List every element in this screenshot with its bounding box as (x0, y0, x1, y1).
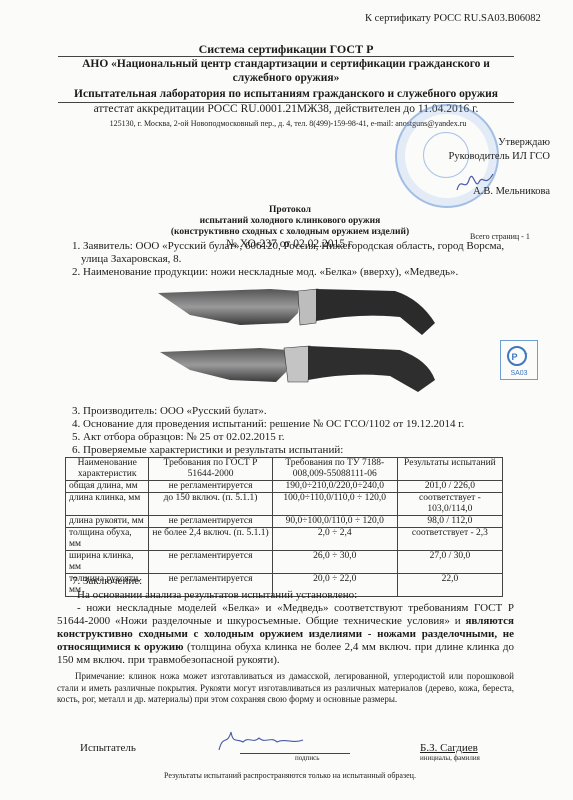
table-cell: соответствует - 103,0/114,0 (397, 493, 502, 516)
table-cell: 98,0 / 112,0 (397, 516, 502, 528)
table-cell: соответствует - 2,3 (397, 528, 502, 551)
table-header: Требования по ТУ 7188-008,009-55088111-0… (272, 458, 397, 481)
tester-role: Испытатель (80, 742, 136, 754)
laboratory-name: Испытательная лаборатория по испытаниям … (60, 88, 512, 100)
item-basis: 4. Основание для проведения испытаний: р… (72, 418, 464, 431)
item-product: 2. Наименование продукции: ножи нескладн… (72, 266, 458, 279)
certification-system-title: Система сертификации ГОСТ Р (60, 42, 512, 57)
table-cell: 201,0 / 226,0 (397, 481, 502, 493)
table-cell: 27,0 / 30,0 (397, 551, 502, 574)
item-characteristics: 6. Проверяемые характеристики и результа… (72, 444, 343, 457)
approval-line2: Руководитель ИЛ ГСО (420, 150, 550, 164)
organization-name: АНО «Национальный центр стандартизации и… (60, 57, 512, 85)
table-row: длина клинка, мм до 150 включ. (п. 5.1.1… (66, 493, 503, 516)
rst-certification-logo-icon: P T SA03 (500, 340, 538, 380)
svg-text:P: P (512, 352, 518, 362)
approval-block: Утверждаю Руководитель ИЛ ГСО (420, 136, 550, 164)
table-cell: ширина клинка, мм (66, 551, 149, 574)
conclusion-heading: 7. Заключение: (72, 575, 142, 587)
table-row: длина рукояти, мм не регламентируется 90… (66, 516, 503, 528)
tester-name-caption: инициалы, фамилия (420, 754, 480, 762)
table-cell: 90,0÷100,0/110,0 ÷ 120,0 (272, 516, 397, 528)
table-cell: длина клинка, мм (66, 493, 149, 516)
applicant-text-cont: улица Захаровская, 8. (72, 253, 514, 266)
applicant-text: 1. Заявитель: ООО «Русский булат», 60612… (72, 240, 514, 253)
knife-medved-image (150, 340, 440, 395)
note-text: Примечание: клинок ножа может изготавлив… (57, 671, 514, 706)
table-cell: 2,0 ÷ 2,4 (272, 528, 397, 551)
signature-caption: подпись (295, 754, 319, 762)
table-cell: до 150 включ. (п. 5.1.1) (149, 493, 272, 516)
table-cell: не регламентируется (149, 481, 272, 493)
table-cell: общая длина, мм (66, 481, 149, 493)
table-header: Результаты испытаний (397, 458, 502, 481)
table-header-row: Наименование характеристик Требования по… (66, 458, 503, 481)
item-applicant: 1. Заявитель: ООО «Русский булат», 60612… (72, 240, 514, 266)
approver-name: А.В. Мельникова (430, 186, 550, 197)
footer-disclaimer: Результаты испытаний распространяются то… (70, 771, 510, 780)
table-cell: длина рукояти, мм (66, 516, 149, 528)
item-manufacturer: 3. Производитель: ООО «Русский булат». (72, 405, 267, 418)
conclusion-body: На основании анализа результатов испытан… (57, 589, 514, 667)
conclusion-plain1: - ножи нескладные моделей «Белка» и «Мед… (57, 602, 514, 627)
table-cell: 26,0 ÷ 30,0 (272, 551, 397, 574)
logo-code: SA03 (510, 370, 527, 377)
protocol-title: Протокол (120, 205, 460, 216)
item-sampling: 5. Акт отбора образцов: № 25 от 02.02.20… (72, 431, 284, 444)
table-row: ширина клинка, мм не регламентируется 26… (66, 551, 503, 574)
table-row: толщина обуха, мм не более 2,4 включ. (п… (66, 528, 503, 551)
approval-line1: Утверждаю (420, 136, 550, 150)
table-cell: 100,0÷110,0/110,0 ÷ 120,0 (272, 493, 397, 516)
table-cell: не регламентируется (149, 516, 272, 528)
protocol-subtitle1: испытаний холодного клинкового оружия (120, 216, 460, 227)
tester-signature-icon (215, 728, 305, 754)
table-row: общая длина, мм не регламентируется 190,… (66, 481, 503, 493)
certificate-reference: К сертификату РОСС RU.SA03.B06082 (365, 13, 541, 24)
note-paragraph: Примечание: клинок ножа может изготавлив… (57, 671, 514, 706)
table-cell: не регламентируется (149, 551, 272, 574)
table-header: Требования по ГОСТ Р 51644-2000 (149, 458, 272, 481)
table-header: Наименование характеристик (66, 458, 149, 481)
conclusion-intro: На основании анализа результатов испытан… (57, 589, 514, 602)
table-cell: 190,0÷210,0/220,0÷240,0 (272, 481, 397, 493)
svg-text:T: T (524, 354, 528, 360)
table-cell: не более 2,4 включ. (п. 5.1.1) (149, 528, 272, 551)
conclusion-text: - ножи нескладные моделей «Белка» и «Мед… (57, 602, 514, 667)
tester-name: Б.З. Сагдиев (420, 742, 478, 754)
protocol-subtitle2: (конструктивно сходных с холодным оружие… (120, 227, 460, 238)
knife-belka-image (150, 285, 440, 340)
table-cell: толщина обуха, мм (66, 528, 149, 551)
